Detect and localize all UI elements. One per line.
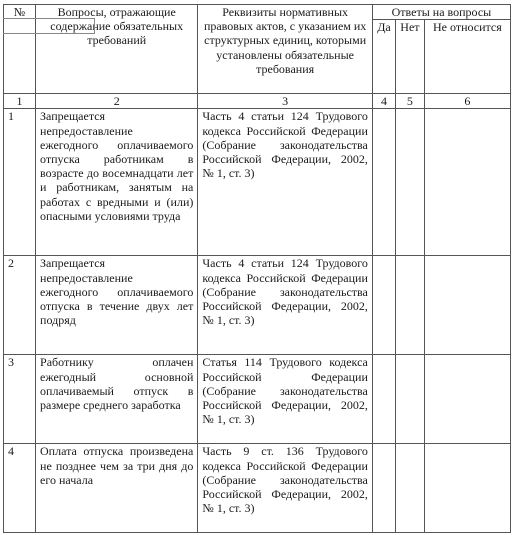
requisites-cell: Статья 114 Трудового кодекса Российской … [198, 355, 373, 444]
header-requisites: Реквизиты нормативных правовых актов, с … [198, 5, 373, 94]
answer-not-applicable-cell[interactable] [424, 109, 510, 256]
row-number: 3 [4, 355, 36, 444]
table-row: 3 Работнику оплачен ежегодный основной о… [4, 355, 511, 444]
answer-yes-cell[interactable] [372, 256, 395, 355]
row-number: 1 [4, 109, 36, 256]
header-num: № [4, 5, 36, 94]
row-number: 2 [4, 256, 36, 355]
column-number: 6 [424, 94, 510, 109]
header-no: Нет [396, 20, 425, 94]
header-not-applicable: Не относится [424, 20, 510, 94]
checklist-table: № Вопросы, отражающие содержание обязате… [3, 4, 511, 533]
column-number-row: 1 2 3 4 5 6 [4, 94, 511, 109]
answer-yes-cell[interactable] [372, 444, 395, 533]
answer-yes-cell[interactable] [372, 355, 395, 444]
answer-no-cell[interactable] [396, 355, 425, 444]
question-cell: Запрещается непредоставление ежегодного … [36, 256, 198, 355]
answer-yes-cell[interactable] [372, 109, 395, 256]
answer-not-applicable-cell[interactable] [424, 355, 510, 444]
column-number: 3 [198, 94, 373, 109]
answer-no-cell[interactable] [396, 256, 425, 355]
answer-no-cell[interactable] [396, 444, 425, 533]
header-yes: Да [372, 20, 395, 94]
column-number: 2 [36, 94, 198, 109]
column-number: 4 [372, 94, 395, 109]
question-cell: Оплата отпуска произведена не позднее че… [36, 444, 198, 533]
column-number: 1 [4, 94, 36, 109]
answer-no-cell[interactable] [396, 109, 425, 256]
header-answers-group: Ответы на вопросы [372, 5, 510, 20]
table-row: 1 Запрещается непредоставление ежегодног… [4, 109, 511, 256]
table-row: 4 Оплата отпуска произведена не позднее … [4, 444, 511, 533]
requisites-cell: Часть 9 ст. 136 Трудового кодекса Россий… [198, 444, 373, 533]
requisites-cell: Часть 4 статьи 124 Трудового кодекса Рос… [198, 109, 373, 256]
row-number: 4 [4, 444, 36, 533]
column-number: 5 [396, 94, 425, 109]
requisites-cell: Часть 4 статьи 124 Трудового кодекса Рос… [198, 256, 373, 355]
table-row: 2 Запрещается непредоставление ежегодног… [4, 256, 511, 355]
answer-not-applicable-cell[interactable] [424, 256, 510, 355]
header-question: Вопросы, отражающие содержание обязатель… [36, 5, 198, 94]
question-cell: Запрещается непредоставление ежегодного … [36, 109, 198, 256]
answer-not-applicable-cell[interactable] [424, 444, 510, 533]
question-cell: Работнику оплачен ежегодный основной опл… [36, 355, 198, 444]
